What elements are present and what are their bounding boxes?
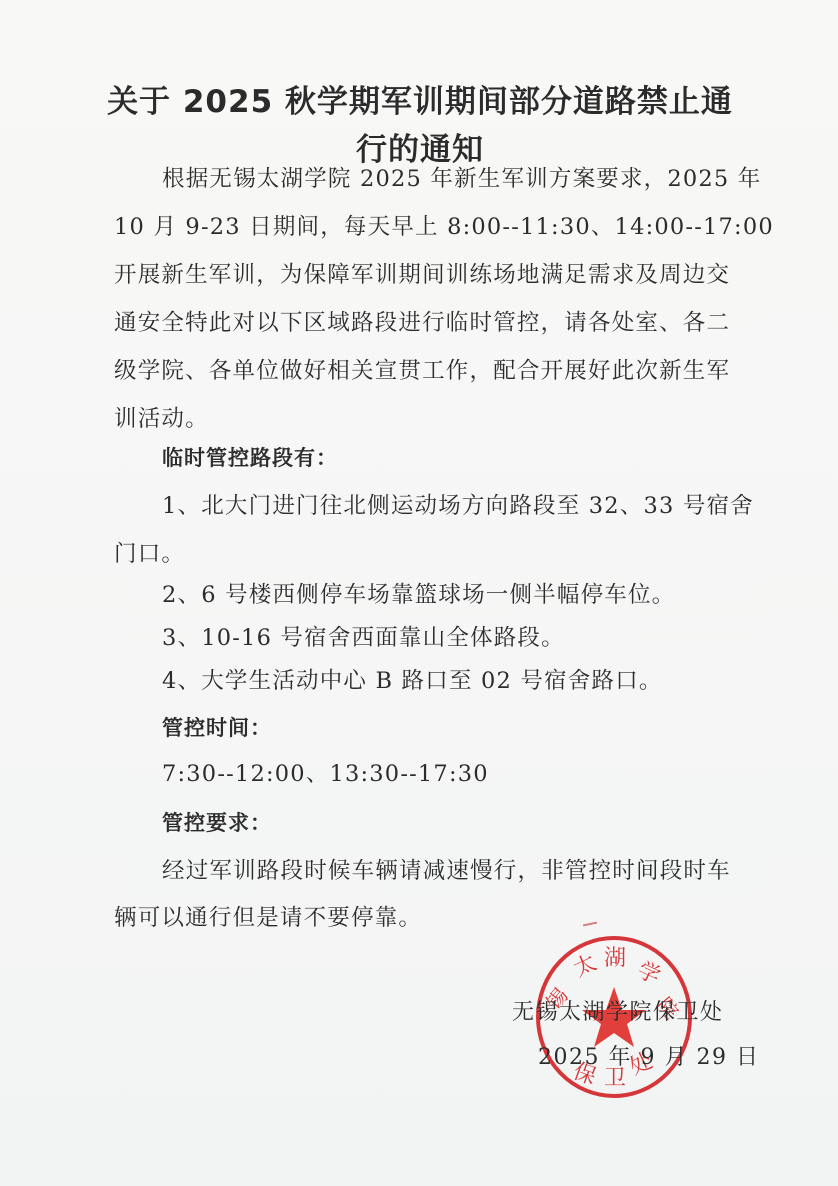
road-item-2: 2、6 号楼西侧停车场靠篮球场一侧半幅停车位。 <box>162 580 675 610</box>
body-line: 开展新生军训，为保障军训期间训练场地满足需求及周边交 <box>114 260 730 290</box>
body-line: 训活动。 <box>114 404 209 434</box>
road-item-3: 3、10-16 号宿舍西面靠山全体路段。 <box>162 623 565 653</box>
road-item-1-continued: 门口。 <box>114 539 185 569</box>
signature-org: 无锡太湖学院保卫处 <box>512 995 724 1026</box>
requirements-line: 经过军训路段时候车辆请减速慢行，非管控时间段时车 <box>162 856 731 886</box>
seal-char: 学 <box>633 958 664 990</box>
road-item-1: 1、北大门进门往北侧运动场方向路段至 32、33 号宿舍 <box>162 491 754 521</box>
seal-char: 湖 <box>604 946 626 971</box>
ink-mark <box>583 922 597 927</box>
body-line: 根据无锡太湖学院 2025 年新生军训方案要求，2025 年 <box>162 164 761 194</box>
requirements-heading: 管控要求： <box>162 808 272 838</box>
time-heading: 管控时间： <box>162 713 272 743</box>
seal-char: 太 <box>570 950 601 982</box>
requirements-line: 辆可以通行但是请不要停靠。 <box>114 903 422 933</box>
roads-heading: 临时管控路段有： <box>162 443 338 473</box>
body-line: 级学院、各单位做好相关宣贯工作，配合开展好此次新生军 <box>114 356 730 386</box>
document-page: 关于 2025 秋学期军训期间部分道路禁止通 行的通知 根据无锡太湖学院 202… <box>0 0 838 1186</box>
road-item-4: 4、大学生活动中心 B 路口至 02 号宿舍路口。 <box>162 666 663 696</box>
signature-date: 2025 年 9 月 29 日 <box>538 1040 759 1071</box>
time-value: 7:30--12:00、13:30--17:30 <box>162 759 489 789</box>
document-title-line-2: 行的通知 <box>100 124 740 169</box>
body-line: 通安全特此对以下区域路段进行临时管控，请各处室、各二 <box>114 308 730 338</box>
document-title-line-1: 关于 2025 秋学期军训期间部分道路禁止通 <box>100 76 740 121</box>
body-line: 10 月 9-23 日期间，每天早上 8:00--11:30、14:00--17… <box>114 212 774 242</box>
